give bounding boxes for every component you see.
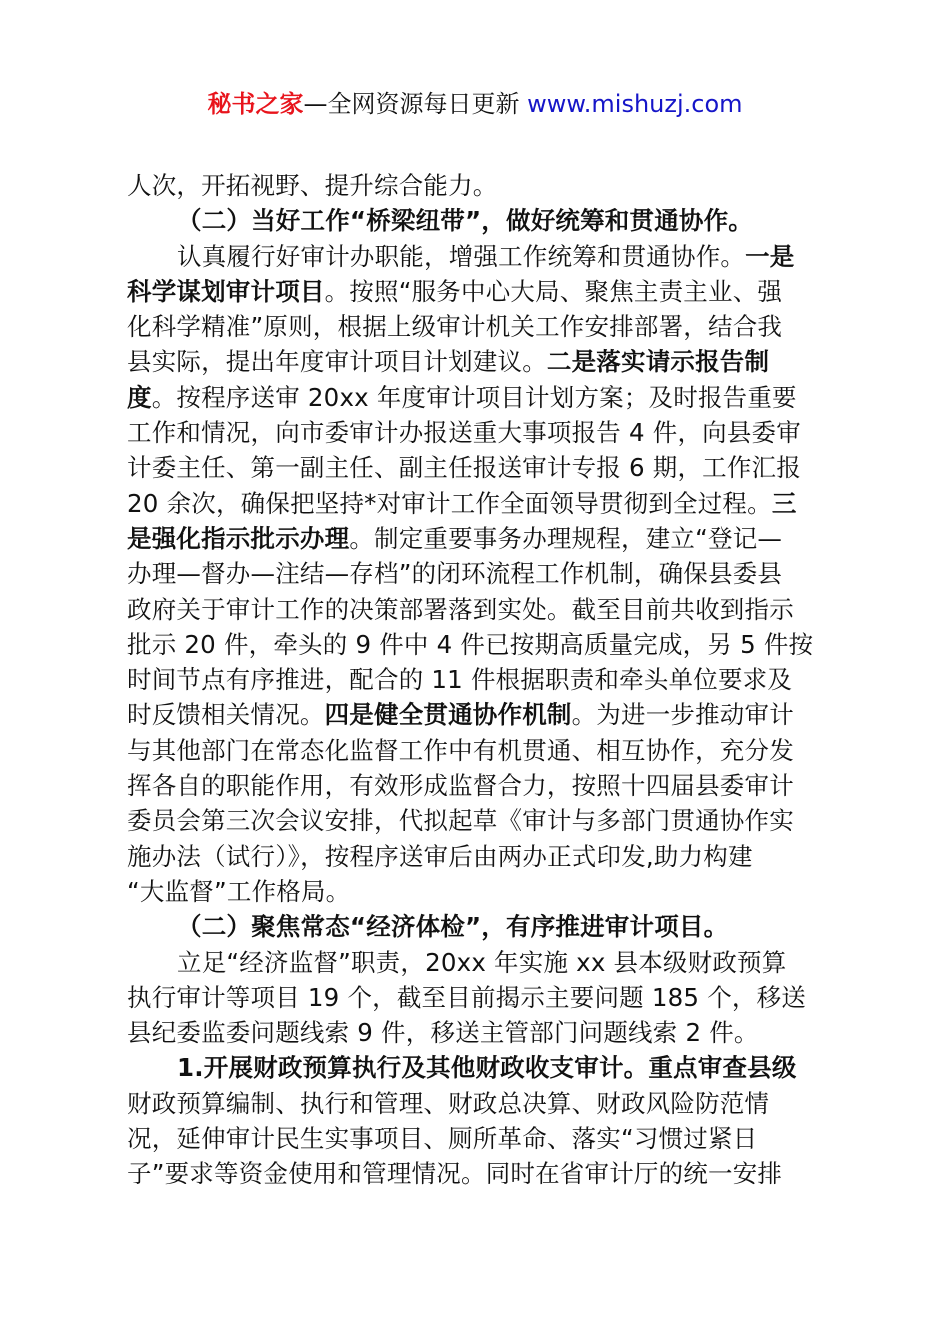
text-span: 化科学精准”原则，根据上级审计机关工作安排部署，结合我 (127, 312, 782, 341)
text-span: 工作和情况，向市委审计办报送重大事项报告 4 件，向县委审 (127, 418, 801, 447)
paragraph-line: 委员会第三次会议安排，代拟起草《审计与多部门贯通协作实 (127, 803, 827, 838)
paragraph-line: 况，延伸审计民生实事项目、厕所革命、落实“习惯过紧日 (127, 1121, 827, 1156)
text-span: 20 余次，确保把坚持*对审计工作全面领导贯彻到全过程。 (127, 489, 772, 518)
paragraph-line: 挥各自的职能作用，有效形成监督合力，按照十四届县委审计 (127, 768, 827, 803)
paragraph-line: “大监督”工作格局。 (127, 874, 827, 909)
paragraph-line: 认真履行好审计办职能，增强工作统筹和贯通协作。一是 (127, 239, 827, 274)
paragraph-line: 县实际，提出年度审计项目计划建议。二是落实请示报告制 (127, 344, 827, 379)
section-heading-line: （二）聚焦常态“经济体检”，有序推进审计项目。 (127, 909, 827, 944)
text-span: 挥各自的职能作用，有效形成监督合力，按照十四届县委审计 (127, 771, 794, 800)
paragraph-line: 财政预算编制、执行和管理、财政总决算、财政风险防范情 (127, 1086, 827, 1121)
section-heading-line: （二）当好工作“桥梁纽带”，做好统筹和贯通协作。 (127, 203, 827, 238)
paragraph-line: 20 余次，确保把坚持*对审计工作全面领导贯彻到全过程。三 (127, 486, 827, 521)
paragraph-line: 与其他部门在常态化监督工作中有机贯通、相互协作，充分发 (127, 733, 827, 768)
text-span: 。重点审查县级 (624, 1053, 797, 1082)
text-span: 。制定重要事务办理规程，建立“登记— (349, 524, 782, 553)
paragraph-line: 批示 20 件，牵头的 9 件中 4 件已按期高质量完成，另 5 件按 (127, 627, 827, 662)
paragraph-line: 施办法（试行）》，按程序送审后由两办正式印发,助力构建 (127, 839, 827, 874)
text-span: 政府关于审计工作的决策部署落到实处。截至目前共收到指示 (127, 595, 794, 624)
text-span: 县实际，提出年度审计项目计划建议。 (127, 347, 547, 376)
paragraph-line: 时间节点有序推进，配合的 11 件根据职责和牵头单位要求及 (127, 662, 827, 697)
text-span: 认真履行好审计办职能，增强工作统筹和贯通协作。 (177, 242, 745, 271)
text-span: 人次，开拓视野、提升综合能力。 (127, 171, 498, 200)
text-span: 委员会第三次会议安排，代拟起草《审计与多部门贯通协作实 (127, 806, 794, 835)
text-span: 。按照“服务中心大局、聚焦主责主业、强 (325, 277, 783, 306)
text-span: 。为进一步推动审计 (572, 700, 794, 729)
bold-text: 度 (127, 383, 152, 412)
text-span: 办理—督办—注结—存档”的闭环流程工作机制，确保县委县 (127, 559, 782, 588)
text-span: 计委主任、第一副主任、副主任报送审计专报 6 期，工作汇报 (127, 453, 801, 482)
text-span: 。按程序送审 20xx 年度审计项目计划方案；及时报告重要 (152, 383, 797, 412)
paragraph-line: 工作和情况，向市委审计办报送重大事项报告 4 件，向县委审 (127, 415, 827, 450)
text-span: 县纪委监委问题线索 9 件，移送主管部门问题线索 2 件。 (127, 1018, 759, 1047)
brand-name: 秘书之家 (207, 90, 303, 118)
paragraph-line: 计委主任、第一副主任、副主任报送审计专报 6 期，工作汇报 (127, 450, 827, 485)
paragraph-line: 办理—督办—注结—存档”的闭环流程工作机制，确保县委县 (127, 556, 827, 591)
site-url-link[interactable]: www.mishuzj.com (527, 90, 742, 118)
text-span: 况，延伸审计民生实事项目、厕所革命、落实“习惯过紧日 (127, 1124, 757, 1153)
bold-text: 一是 (745, 242, 794, 271)
bold-text: 是强化指示批示办理 (127, 524, 349, 553)
bold-text: 三 (772, 489, 797, 518)
site-header: 秘书之家—全网资源每日更新 www.mishuzj.com (0, 88, 950, 120)
paragraph-line: 是强化指示批示办理。制定重要事务办理规程，建立“登记— (127, 521, 827, 556)
text-span: 时反馈相关情况。 (127, 700, 325, 729)
paragraph-line: 人次，开拓视野、提升综合能力。 (127, 168, 827, 203)
bold-text: 四是健全贯通协作机制 (325, 700, 572, 729)
document-body: 人次，开拓视野、提升综合能力。（二）当好工作“桥梁纽带”，做好统筹和贯通协作。认… (127, 168, 827, 1192)
bold-text: （二）聚焦常态“经济体检”，有序推进审计项目。 (177, 912, 728, 941)
text-span: 立足“经济监督”职责，20xx 年实施 xx 县本级财政预算 (177, 948, 786, 977)
text-span: 财政预算编制、执行和管理、财政总决算、财政风险防范情 (127, 1089, 769, 1118)
bold-text: 二是落实请示报告制 (547, 347, 769, 376)
text-span: 执行审计等项目 19 个，截至目前揭示主要问题 185 个，移送 (127, 983, 806, 1012)
bold-text: 1.开展财政预算执行及其他财政收支审计 (177, 1053, 624, 1082)
paragraph-line: 子”要求等资金使用和管理情况。同时在省审计厅的统一安排 (127, 1156, 827, 1191)
text-span: 施办法（试行）》，按程序送审后由两办正式印发,助力构建 (127, 842, 753, 871)
bold-text: （二）当好工作“桥梁纽带”，做好统筹和贯通协作。 (177, 206, 753, 235)
paragraph-line: 立足“经济监督”职责，20xx 年实施 xx 县本级财政预算 (127, 945, 827, 980)
paragraph-line: 科学谋划审计项目。按照“服务中心大局、聚焦主责主业、强 (127, 274, 827, 309)
paragraph-line: 执行审计等项目 19 个，截至目前揭示主要问题 185 个，移送 (127, 980, 827, 1015)
paragraph-line: 时反馈相关情况。四是健全贯通协作机制。为进一步推动审计 (127, 697, 827, 732)
text-span: 时间节点有序推进，配合的 11 件根据职责和牵头单位要求及 (127, 665, 792, 694)
bold-text: 科学谋划审计项目 (127, 277, 325, 306)
paragraph-line: 县纪委监委问题线索 9 件，移送主管部门问题线索 2 件。 (127, 1015, 827, 1050)
text-span: 与其他部门在常态化监督工作中有机贯通、相互协作，充分发 (127, 736, 794, 765)
paragraph-line: 化科学精准”原则，根据上级审计机关工作安排部署，结合我 (127, 309, 827, 344)
text-span: “大监督”工作格局。 (127, 877, 350, 906)
paragraph-line: 政府关于审计工作的决策部署落到实处。截至目前共收到指示 (127, 592, 827, 627)
header-slogan: —全网资源每日更新 (303, 90, 527, 118)
text-span: 子”要求等资金使用和管理情况。同时在省审计厅的统一安排 (127, 1159, 782, 1188)
section-heading-line: 1.开展财政预算执行及其他财政收支审计。重点审查县级 (127, 1050, 827, 1085)
paragraph-line: 度。按程序送审 20xx 年度审计项目计划方案；及时报告重要 (127, 380, 827, 415)
text-span: 批示 20 件，牵头的 9 件中 4 件已按期高质量完成，另 5 件按 (127, 630, 813, 659)
